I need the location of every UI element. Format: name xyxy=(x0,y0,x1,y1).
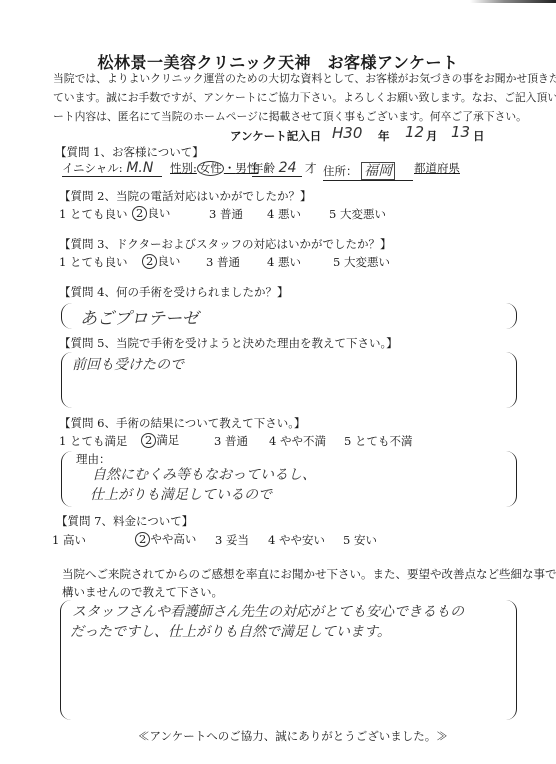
age-field[interactable]: 年齢 24 xyxy=(252,160,302,177)
q2-heading: 【質問 2、当院の電話対応はいかがでしたか？】 xyxy=(59,188,311,204)
q6-bracket-right xyxy=(506,451,517,507)
q4-heading: 【質問 4、何の手術を受けられましたか？】 xyxy=(59,284,288,300)
date-year[interactable]: H30 xyxy=(332,124,362,142)
comments-answer-line-2[interactable]: だったですし、仕上がりも自然で満足しています。 xyxy=(70,621,391,641)
comments-prompt-line-2: 構いませんので教えて下さい。 xyxy=(62,584,223,600)
q2-option-2-label: 良い xyxy=(147,206,170,220)
q2-option-5[interactable]: 5 大変悪い xyxy=(329,206,386,222)
date-year-unit: 年 xyxy=(378,128,390,144)
scan-edge-artifact xyxy=(470,0,556,3)
q7-option-2-label: やや高い xyxy=(150,532,196,546)
q5-bracket-left xyxy=(61,352,72,408)
q7-option-4[interactable]: 4 やや安い xyxy=(268,532,325,548)
date-label: アンケート記入日 xyxy=(230,128,321,144)
q4-answer[interactable]: あごプロテーゼ xyxy=(80,304,199,329)
q3-option-4[interactable]: 4 悪い xyxy=(267,254,301,270)
age-value: 24 xyxy=(279,160,297,176)
q4-bracket-left xyxy=(61,303,72,329)
selected-circle: 2 xyxy=(135,532,150,547)
date-day-unit: 日 xyxy=(473,128,485,144)
q3-heading: 【質問 3、ドクターおよびスタッフの対応はいかがでしたか？】 xyxy=(59,236,392,252)
gender-separator: ・ xyxy=(224,161,236,175)
q3-option-2-label: 良い xyxy=(157,254,180,268)
q6-option-2-label: 満足 xyxy=(156,433,179,447)
q7-option-5[interactable]: 5 安い xyxy=(343,532,377,548)
gender-field[interactable]: 性別:女性・男性 xyxy=(170,160,258,176)
q6-option-3[interactable]: 3 普通 xyxy=(214,433,248,449)
q3-option-1[interactable]: 1 とても良い xyxy=(59,254,127,270)
footer-thanks: ≪アンケートへのご協力、誠にありがとうございました。≫ xyxy=(138,728,448,744)
initial-label: イニシャル: xyxy=(62,161,123,175)
q7-option-2[interactable]: 2やや高い xyxy=(135,531,196,547)
comments-prompt-line-1: 当院へご来院されてからのご感想を率直にお聞かせ下さい。また、要望や改善点など些細… xyxy=(62,566,556,582)
q3-option-2[interactable]: 2良い xyxy=(142,253,180,269)
address-unit: 都道府県 xyxy=(414,160,460,176)
date-day[interactable]: 13 xyxy=(451,123,470,141)
address-field[interactable]: 住所： 福岡 xyxy=(323,160,413,181)
q3-option-3[interactable]: 3 普通 xyxy=(206,254,240,270)
q6-option-4[interactable]: 4 やや不満 xyxy=(269,433,326,449)
date-month[interactable]: 12 xyxy=(405,123,424,141)
comments-bracket-right xyxy=(506,600,517,720)
q1-heading: 【質問 1、お客様について】 xyxy=(55,144,204,160)
q4-bracket-right xyxy=(506,303,517,329)
q6-bracket-left xyxy=(61,451,72,507)
q2-option-1[interactable]: 1 とても良い xyxy=(59,206,127,222)
age-label: 年齢 xyxy=(252,161,275,175)
q7-option-3[interactable]: 3 妥当 xyxy=(215,532,249,548)
date-month-unit: 月 xyxy=(426,128,438,144)
age-unit: 才 xyxy=(305,160,317,176)
q6-heading: 【質問 6、手術の結果について教えて下さい。】 xyxy=(59,415,306,431)
q6-option-5[interactable]: 5 とても不満 xyxy=(344,433,412,449)
initial-value: M.N xyxy=(126,160,153,176)
intro-line-2: ています。誠にお手数ですが、アンケートにご協力下さい。よろしくお願い致します。な… xyxy=(53,88,556,107)
q2-option-4[interactable]: 4 悪い xyxy=(267,206,301,222)
q6-reason-line-2[interactable]: 仕上がりも満足しているので xyxy=(90,484,272,504)
q6-option-1[interactable]: 1 とても満足 xyxy=(59,433,127,449)
initial-field[interactable]: イニシャル: M.N xyxy=(62,160,162,177)
q5-answer[interactable]: 前回も受けたので xyxy=(72,354,184,374)
q6-option-2[interactable]: 2満足 xyxy=(141,432,179,448)
q6-reason-line-1[interactable]: 自然にむくみ等もなおっているし、 xyxy=(92,464,316,484)
q2-option-2[interactable]: 2良い xyxy=(132,205,170,221)
q5-bracket-right xyxy=(506,352,517,408)
gender-label: 性別: xyxy=(170,161,197,175)
gender-option-female[interactable]: 女性 xyxy=(197,161,224,176)
selected-circle: 2 xyxy=(141,433,156,448)
q5-heading: 【質問 5、当院で手術を受けようと決めた理由を教えて下さい。】 xyxy=(59,335,398,351)
q7-option-1[interactable]: 1 高い xyxy=(52,532,86,548)
selected-circle: 2 xyxy=(132,206,147,221)
intro-line-1: 当院では、よりよいクリニック運営のための大切な資料として、お客様がお気づきの事を… xyxy=(53,69,556,88)
q3-option-5[interactable]: 5 大変悪い xyxy=(333,254,390,270)
q7-heading: 【質問 7、料金について】 xyxy=(56,513,193,529)
address-value: 福岡 xyxy=(361,162,395,180)
address-label: 住所： xyxy=(323,164,358,178)
comments-answer-line-1[interactable]: スタッフさんや看護師さん先生の対応がとても安心できるもの xyxy=(72,601,464,621)
comments-bracket-left xyxy=(60,600,71,720)
q2-option-3[interactable]: 3 普通 xyxy=(209,206,243,222)
selected-circle: 2 xyxy=(142,254,157,269)
